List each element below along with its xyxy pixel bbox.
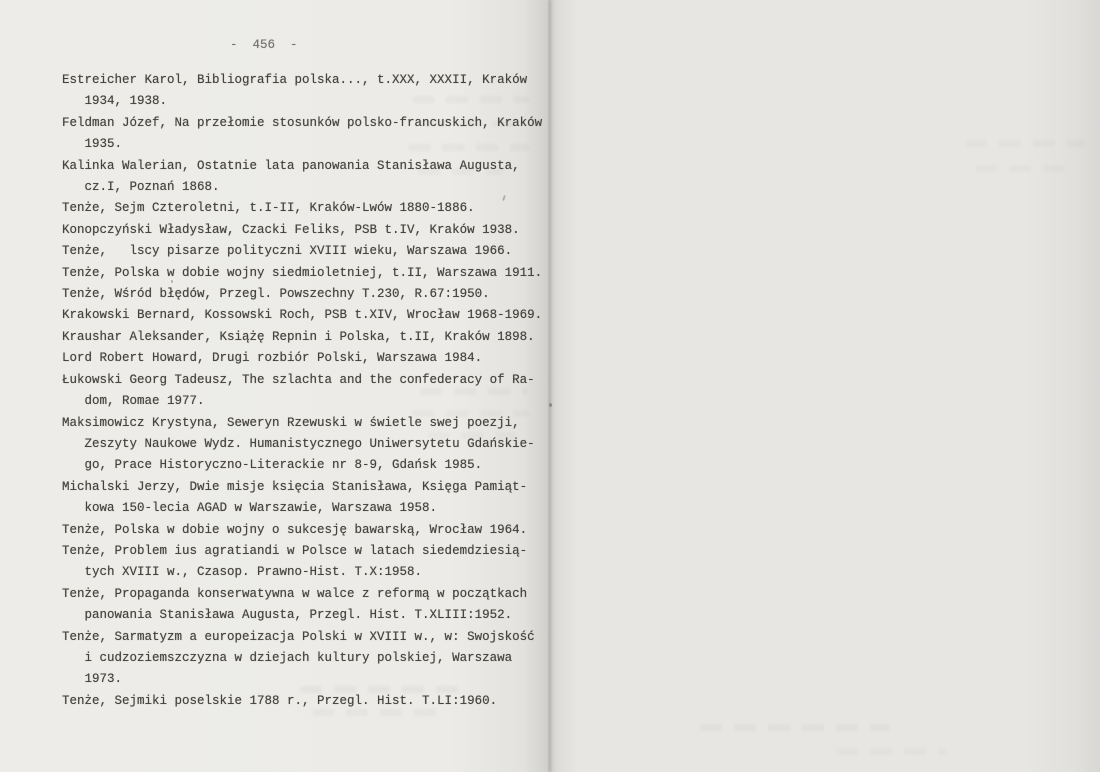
bibliography-line: Tenże, lscy pisarze polityczni XVIII wie…: [62, 241, 542, 262]
bibliography-line: Kraushar Aleksander, Książę Repnin i Pol…: [62, 327, 542, 348]
bleed-through-artifact: [424, 120, 520, 127]
bleed-through-artifact: [408, 144, 530, 151]
bleed-through-artifact: [412, 410, 530, 417]
bleed-through-artifact: [412, 96, 530, 103]
page-left: - 456 - Estreicher Karol, Bibliografia p…: [0, 0, 550, 772]
bleed-through-artifact: [965, 140, 1085, 147]
scan-speck: [549, 403, 552, 407]
scan-speck: [171, 280, 173, 283]
bibliography-line: Tenże, Polska w dobie wojny siedmioletni…: [62, 263, 542, 284]
bibliography-line: Tenże, Sarmatyzm a europeizacja Polski w…: [62, 627, 542, 648]
book-scan-spread: { "left_page": { "page_number": "- 456 -…: [0, 0, 1100, 772]
bibliography-line: Tenże, Polska w dobie wojny o sukcesję b…: [62, 520, 542, 541]
bleed-through-artifact: [418, 168, 504, 175]
page-gutter: [549, 0, 551, 772]
bleed-through-artifact: [700, 724, 890, 731]
bibliography-line: go, Prace Historyczno-Literackie nr 8-9,…: [62, 455, 542, 476]
bleed-through-artifact: [312, 709, 444, 716]
bibliography-line: panowania Stanisława Augusta, Przegl. Hi…: [62, 605, 542, 626]
bibliography-line: Konopczyński Władysław, Czacki Feliks, P…: [62, 220, 542, 241]
bibliography-line: Lord Robert Howard, Drugi rozbiór Polski…: [62, 348, 542, 369]
bibliography-line: cz.I, Poznań 1868.: [62, 177, 542, 198]
bleed-through-artifact: [428, 432, 516, 439]
bleed-through-artifact: [975, 165, 1065, 172]
page-right: - 457 - Tenże, "Warszawa" czyli o antyst…: [550, 0, 1100, 772]
bleed-through-artifact: [420, 388, 528, 395]
bleed-through-artifact: [836, 748, 946, 755]
bibliography-line: tych XVIII w., Czasop. Prawno-Hist. T.X:…: [62, 562, 542, 583]
bibliography-line: kowa 150-lecia AGAD w Warszawie, Warszaw…: [62, 498, 542, 519]
bibliography-line: i cudzoziemszczyzna w dziejach kultury p…: [62, 648, 542, 669]
bibliography-line: Tenże, Problem ius agratiandi w Polsce w…: [62, 541, 542, 562]
bleed-through-artifact: [300, 686, 468, 693]
bibliography-line: Tenże, Sejm Czteroletni, t.I-II, Kraków-…: [62, 198, 542, 219]
bibliography-line: Tenże, Wśród błędów, Przegl. Powszechny …: [62, 284, 542, 305]
page-number-left: - 456 -: [230, 38, 298, 52]
bibliography-line: Tenże, Propaganda konserwatywna w walce …: [62, 584, 542, 605]
bibliography-line: Krakowski Bernard, Kossowski Roch, PSB t…: [62, 305, 542, 326]
bibliography-line: Estreicher Karol, Bibliografia polska...…: [62, 70, 542, 91]
bibliography-line: Tenże, Sejmiki poselskie 1788 r., Przegl…: [62, 691, 542, 712]
bibliography-line: Michalski Jerzy, Dwie misje księcia Stan…: [62, 477, 542, 498]
